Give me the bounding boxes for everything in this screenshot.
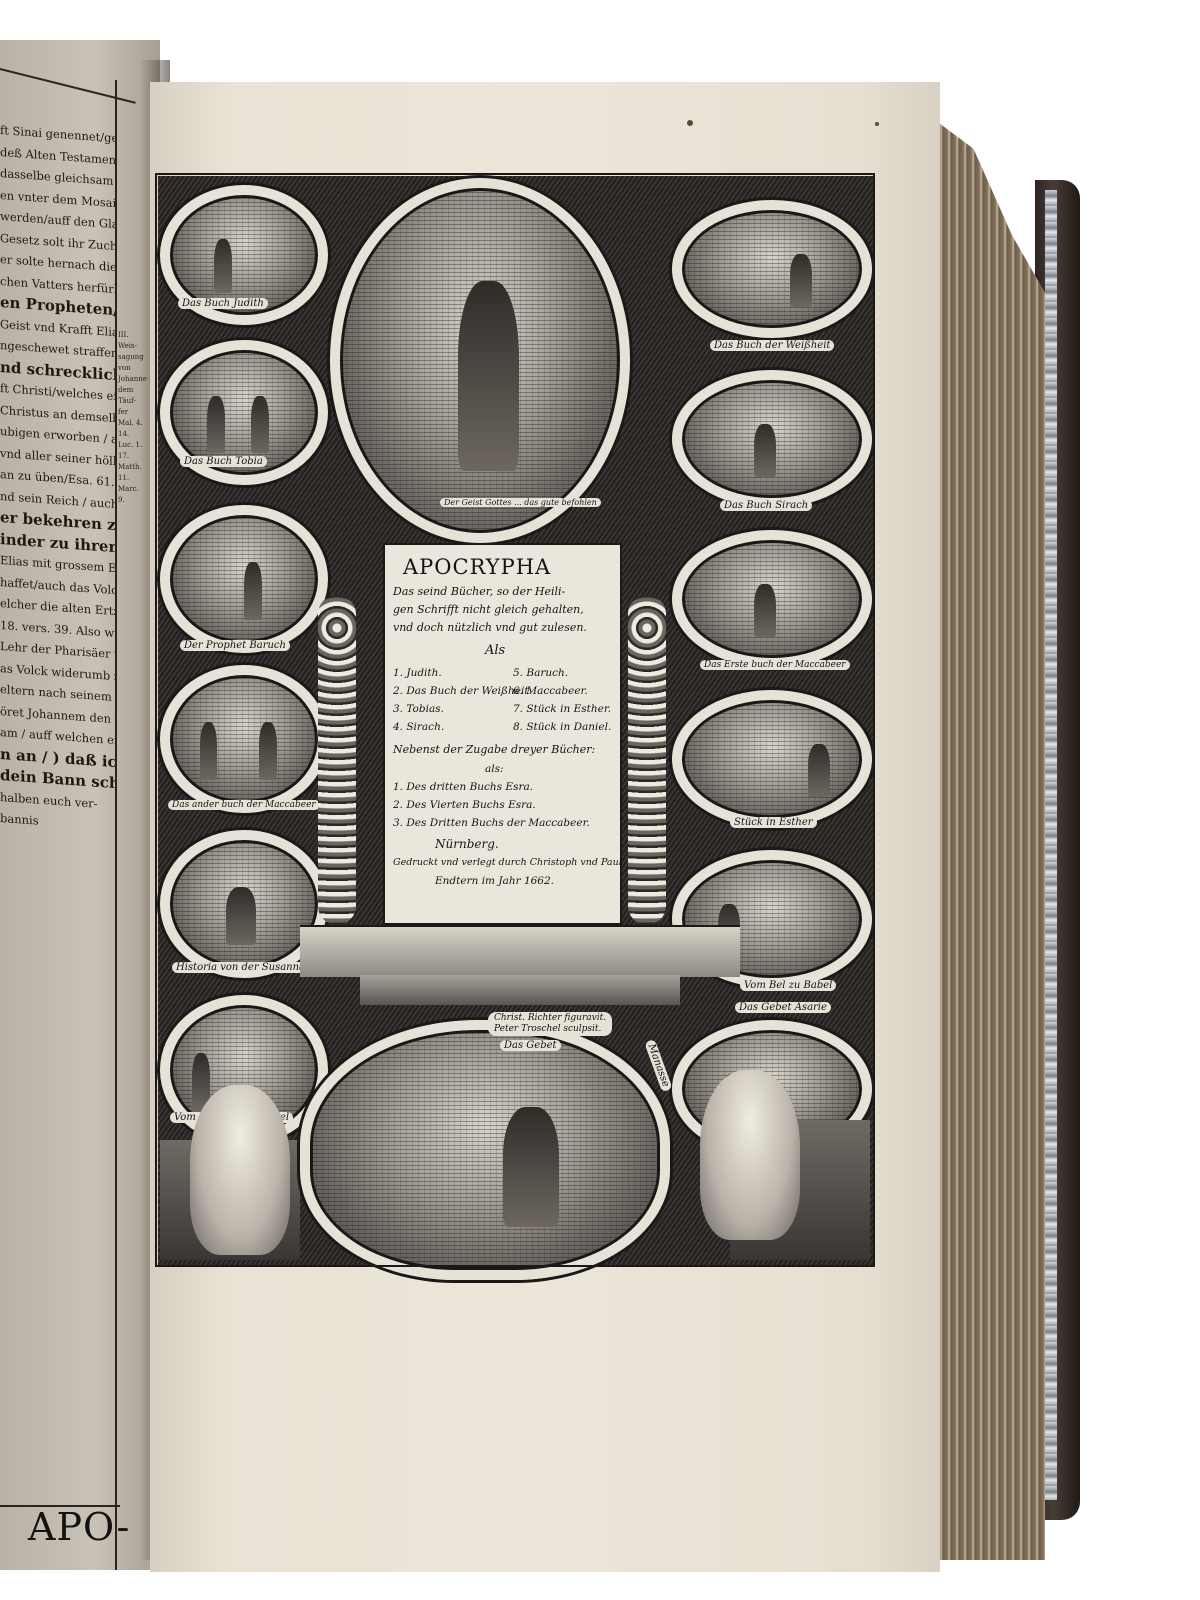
engraver-credit-line: Christ. Richter figuravit. — [494, 1013, 606, 1024]
caption-esther: Stück in Esther — [730, 817, 817, 828]
caption-tobia: Das Buch Tobia — [180, 456, 267, 467]
caption-2-maccabees: Das ander buch der Maccabeer — [168, 800, 320, 810]
marbled-endpaper — [1045, 190, 1057, 1500]
caption-susanna: Historia von der Susanna — [172, 962, 309, 973]
medallion-baruch — [160, 505, 328, 653]
figure — [259, 722, 277, 780]
subtitle-line: gen Schrifft nicht gleich gehalten, — [393, 603, 584, 616]
imprint-line: Endtern im Jahr 1662. — [435, 875, 554, 887]
stone-plinth — [300, 925, 740, 977]
book-list-item: 3. Tobias. — [393, 703, 444, 715]
figure — [754, 424, 776, 477]
catchword: APO- — [28, 1505, 130, 1549]
left-page-text-column: ft Sinai genennet/gegebendeß Alten Testa… — [0, 120, 116, 838]
angel-figure — [251, 396, 269, 452]
figure — [244, 562, 262, 620]
top-oval-scholar-scene — [330, 178, 630, 543]
caption-baruch: Der Prophet Baruch — [180, 640, 290, 651]
cherub-right — [700, 1070, 800, 1240]
bottom-oval-manasseh-scene — [300, 1020, 670, 1280]
engraved-scene — [682, 210, 862, 328]
supplement-book: 2. Des Vierten Buchs Esra. — [393, 799, 536, 811]
caption-prayer-azariah: Das Gebet Asarie — [735, 1002, 831, 1013]
medallion-wisdom — [672, 200, 872, 338]
book-list-item: 6. Maccabeer. — [513, 685, 588, 697]
engraver-credit: Christ. Richter figuravit. Peter Trosche… — [488, 1012, 612, 1036]
als-label: Als — [485, 643, 505, 658]
title: APOCRYPHA — [403, 555, 551, 579]
enthroned-figure — [790, 254, 812, 307]
enthroned-figure — [808, 744, 830, 797]
medallion-2-maccabees — [160, 665, 328, 813]
supplement-book: 3. Des Dritten Buchs der Maccabeer. — [393, 817, 590, 829]
foxing-spot — [875, 122, 879, 126]
seated-scholar-figure — [458, 281, 520, 471]
caption-judith: Das Buch Judith — [178, 298, 268, 309]
fruit-garland-left — [318, 595, 356, 925]
caption-wisdom: Das Buch der Weißheit — [710, 340, 834, 351]
supplement-als: als: — [485, 763, 504, 775]
left-page-column-rule — [115, 80, 117, 1570]
enthroned-figure — [226, 887, 256, 945]
figure — [207, 396, 225, 452]
engraver-credit-line: Peter Troschel sculpsit. — [494, 1024, 606, 1035]
book-list-item: 7. Stück in Esther. — [513, 703, 611, 715]
subtitle-line: Das seind Bücher, so der Heili- — [393, 585, 565, 598]
foxing-spot — [687, 120, 693, 126]
figure — [200, 722, 218, 780]
medallion-1-maccabees — [672, 530, 872, 668]
caption-sirach: Das Buch Sirach — [720, 500, 812, 511]
medallion-sirach — [672, 370, 872, 508]
kneeling-figure — [754, 584, 776, 637]
book-list-item: 8. Stück in Daniel. — [513, 721, 611, 733]
supplement-book: 1. Des dritten Buchs Esra. — [393, 781, 533, 793]
book-list-item: 1. Judith. — [393, 667, 442, 679]
page-fore-edge — [935, 120, 1045, 1560]
subtitle-line: vnd doch nützlich vnd gut zulesen. — [393, 621, 587, 634]
engraved-scene — [310, 1030, 660, 1270]
top-oval-caption: Der Geist Gottes ... das gute befohlen — [440, 498, 601, 507]
fruit-garland-right — [628, 595, 666, 925]
engraved-scene — [170, 195, 318, 315]
book-list-item: 2. Das Buch der Weißheit. — [393, 685, 532, 697]
caption-1-maccabees: Das Erste buch der Maccabeer — [700, 660, 850, 670]
supplement-heading: Nebenst der Zugabe dreyer Bücher: — [393, 743, 595, 756]
medallion-esther — [672, 690, 872, 828]
book-list-item: 5. Baruch. — [513, 667, 568, 679]
stone-plinth-base — [360, 975, 680, 1005]
seated-prisoner-figure — [503, 1107, 559, 1227]
place-of-printing: Nürnberg. — [435, 837, 499, 851]
engraved-scene — [682, 700, 862, 818]
imprint-line: Gedruckt vnd verlegt durch Christoph vnd… — [393, 857, 622, 868]
book-list-item: 4. Sirach. — [393, 721, 444, 733]
bottom-label-gebet: Das Gebet — [500, 1040, 561, 1051]
figure — [214, 239, 232, 293]
caption-bel: Vom Bel zu Babel — [740, 980, 836, 991]
title-tablet: APOCRYPHA Das seind Bücher, so der Heili… — [385, 545, 620, 923]
engraved-scene — [170, 675, 318, 803]
cherub-left — [190, 1085, 290, 1255]
